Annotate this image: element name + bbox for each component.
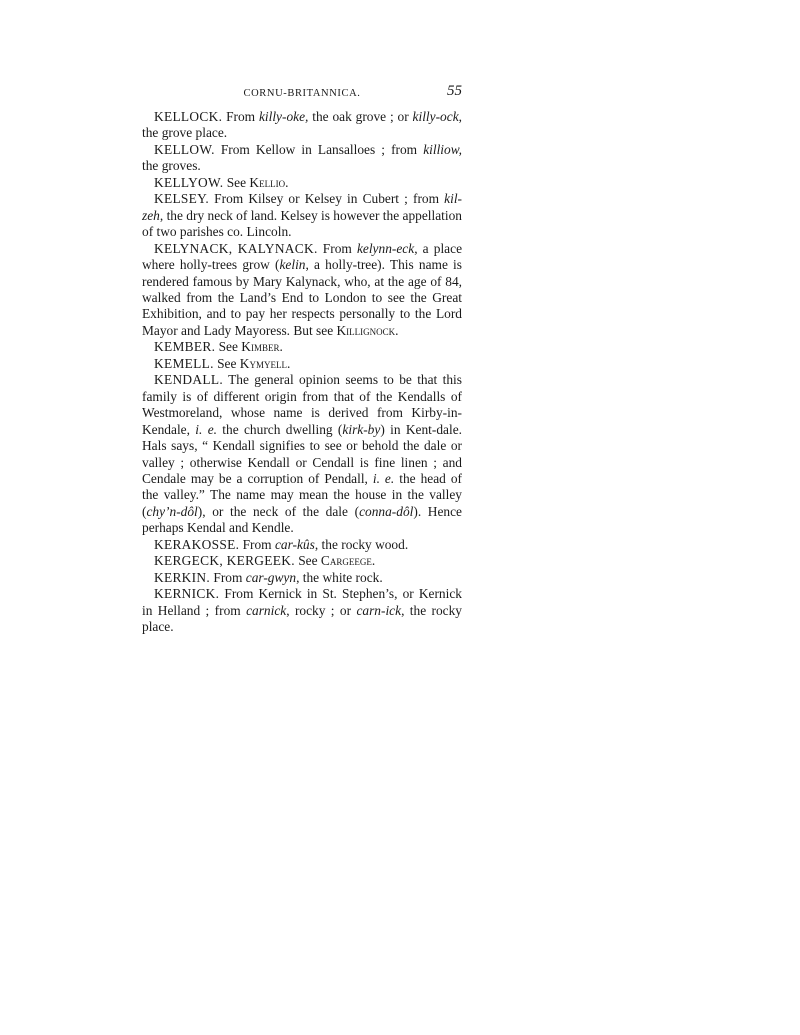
dictionary-entry: KERKIN. From car-gwyn, the white rock. (142, 570, 462, 586)
running-title: CORNU-BRITANNICA. (142, 86, 462, 102)
etymon-italic: kelynn-eck (357, 241, 414, 256)
entry-headword: KERAKOSSE. (154, 537, 239, 552)
entry-headword: KERGECK, KERGEEK. (154, 553, 295, 568)
dictionary-entry: KENDALL. The general opinion seems to be… (142, 372, 462, 537)
entry-headword: KELLYOW. (154, 175, 223, 190)
dictionary-entry: KELLOCK. From killy-oke, the oak grove ;… (142, 109, 462, 142)
page-number: 55 (447, 83, 462, 99)
cross-reference: Kymyell. (240, 356, 291, 371)
etymon-italic: killy-oke, (259, 109, 308, 124)
dictionary-entries: KELLOCK. From killy-oke, the oak grove ;… (142, 109, 462, 636)
dictionary-entry: KERGECK, KERGEEK. See Cargeege. (142, 553, 462, 569)
cross-reference: Cargeege. (321, 553, 375, 568)
cross-reference: Killignock. (337, 323, 399, 338)
dictionary-entry: KELSEY. From Kilsey or Kelsey in Cubert … (142, 191, 462, 240)
etymon-italic: i. e. (373, 471, 394, 486)
etymon-italic: kelin (279, 257, 305, 272)
cross-reference: Kimber. (241, 339, 283, 354)
entry-headword: KEMBER. (154, 339, 215, 354)
dictionary-entry: KEMBER. See Kimber. (142, 339, 462, 355)
entry-headword: KELSEY. (154, 191, 209, 206)
etymon-italic: carn-ick (356, 603, 401, 618)
dictionary-entry: KELLYOW. See Kellio. (142, 175, 462, 191)
etymon-italic: car-kûs (275, 537, 315, 552)
dictionary-entry: KERNICK. From Kernick in St. Stephen’s, … (142, 586, 462, 635)
etymon-italic: carnick (246, 603, 286, 618)
dictionary-entry: KERAKOSSE. From car-kûs, the rocky wood. (142, 537, 462, 553)
dictionary-entry: KELLOW. From Kellow in Lansalloes ; from… (142, 142, 462, 175)
etymon-italic: killy-ock (413, 109, 459, 124)
book-page: CORNU-BRITANNICA. 55 KELLOCK. From killy… (142, 83, 462, 636)
cross-reference: Kellio. (249, 175, 288, 190)
dictionary-entry: KEMELL. See Kymyell. (142, 356, 462, 372)
entry-headword: KELLOW. (154, 142, 215, 157)
entry-headword: KELYNACK, KALYNACK. (154, 241, 318, 256)
etymon-italic: conna-dôl (359, 504, 413, 519)
etymon-italic: chy’n-dôl (146, 504, 197, 519)
etymon-italic: car-gwyn (246, 570, 296, 585)
entry-headword: KERNICK. (154, 586, 219, 601)
entry-headword: KEMELL. (154, 356, 214, 371)
etymon-italic: killiow, (423, 142, 462, 157)
dictionary-entry: KELYNACK, KALYNACK. From kelynn-eck, a p… (142, 241, 462, 340)
running-head: CORNU-BRITANNICA. 55 (142, 83, 462, 103)
etymon-italic: i. e. (195, 422, 217, 437)
entry-headword: KERKIN. (154, 570, 210, 585)
entry-headword: KENDALL. (154, 372, 223, 387)
entry-headword: KELLOCK. (154, 109, 222, 124)
etymon-italic: kirk-by (342, 422, 380, 437)
